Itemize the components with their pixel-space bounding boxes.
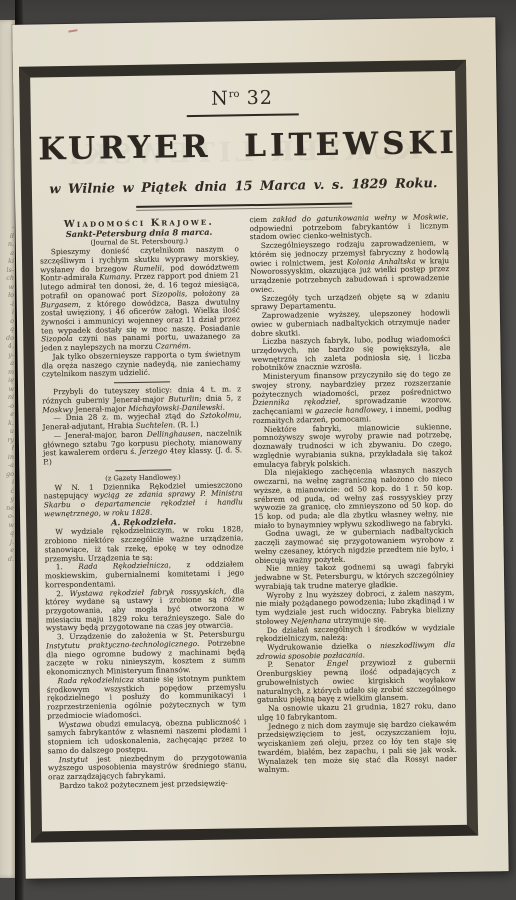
paragraph: Spieszymy donieść czytelnikom naszym o s… bbox=[40, 245, 241, 353]
paragraph: — Jenerał-major, baron Dellinghausen, na… bbox=[43, 429, 243, 467]
paragraph: Niektóre fabryki, mianowicie sukienne, p… bbox=[253, 423, 453, 470]
edge-text-fragment: ki bbox=[0, 257, 14, 266]
edge-text-fragment: ch bbox=[0, 274, 14, 283]
paragraph: Godna uwagi, że w guberniach nadbaltycki… bbox=[254, 527, 454, 565]
edge-text-fragment: o- bbox=[0, 512, 14, 521]
article-columns: Wiadomości Krajowe.Sankt-Petersburg dnia… bbox=[39, 213, 457, 791]
paragraph: Rada rękodzielnicza stanie się istotnym … bbox=[47, 674, 247, 721]
masthead-dateline: w Wilnie w Piątek dnia 15 Marca v. s. 18… bbox=[39, 176, 448, 197]
edge-text-fragment: n. bbox=[0, 240, 14, 249]
edge-text-fragment: y- bbox=[0, 351, 14, 360]
edge-text-fragment: o bbox=[0, 317, 14, 326]
issue-superscript: ro bbox=[229, 89, 240, 100]
paragraph: Bardzo takoż pożytecznem jest przedsięwz… bbox=[48, 779, 247, 791]
page-border-frame: Nro 32 KURYER LITEWSKI w Wilnie w Piątek… bbox=[19, 60, 478, 843]
paragraph: Wystawa obudzi emulacyą, obezna publiczn… bbox=[47, 718, 247, 756]
edge-text-fragment: w bbox=[0, 385, 14, 394]
edge-text-fragment: in bbox=[0, 453, 14, 462]
edge-text-fragment: ry bbox=[0, 436, 14, 445]
edge-text-fragment: k. bbox=[0, 419, 14, 428]
paragraph: 3. Urządzenie do założenia w St. Petersb… bbox=[46, 630, 246, 677]
section-divider-rule bbox=[113, 382, 169, 384]
edge-text-fragment: do bbox=[0, 334, 14, 343]
issue-prefix: N bbox=[211, 87, 229, 109]
edge-text-fragment: w bbox=[0, 283, 14, 292]
paragraph: W N. 1 Dziennika Rękodzieł umieszczono n… bbox=[44, 481, 244, 519]
edge-text-fragment: d. bbox=[0, 555, 14, 564]
edge-text-fragment: e bbox=[0, 546, 14, 555]
edge-text-fragment: ię bbox=[0, 376, 14, 385]
edge-text-fragment: 4. bbox=[0, 342, 14, 351]
issue-rule bbox=[186, 113, 298, 117]
paragraph: Jak tylko obszernieysze rapporta o tym ś… bbox=[41, 350, 240, 379]
edge-text-fragment: ls- bbox=[0, 266, 14, 275]
paragraph: Dla niejakiego zachęcenia własnych naszy… bbox=[253, 466, 453, 530]
edge-text-fragment: e bbox=[0, 410, 14, 419]
edge-text-fragment: go bbox=[0, 470, 14, 479]
section-divider-rule bbox=[115, 469, 171, 471]
issue-value: 32 bbox=[246, 87, 273, 109]
edge-text-fragment: ł bbox=[0, 444, 14, 453]
edge-text-fragment: ą bbox=[0, 325, 14, 334]
left-column: Wiadomości Krajowe.Sankt-Petersburg dnia… bbox=[39, 216, 247, 790]
paragraph: Wyroby z lnu wyższey dobroci, z żalem na… bbox=[255, 589, 455, 627]
issue-number: Nro 32 bbox=[37, 84, 446, 112]
edge-text-fragment: a bbox=[0, 249, 14, 258]
edge-text-fragment: ił bbox=[0, 232, 14, 241]
edge-text-fragment: i bbox=[0, 308, 14, 317]
edge-text-fragment: u bbox=[0, 427, 14, 436]
paragraph: Ministeryum finansow przyczyniło się do … bbox=[252, 370, 452, 426]
edge-text-fragment: j. bbox=[0, 538, 14, 547]
facing-page-fragments: -iłn.akils-chwło-iioądo4.y-amięwni-oek.u… bbox=[0, 223, 14, 563]
edge-text-fragment: - bbox=[0, 223, 14, 232]
edge-text-fragment: ć bbox=[0, 487, 14, 496]
edge-text-fragment: ne bbox=[0, 504, 14, 513]
edge-text-fragment: w bbox=[0, 521, 14, 530]
edge-text-fragment: -a bbox=[0, 461, 14, 470]
edge-text-fragment: a bbox=[0, 359, 14, 368]
header-rule bbox=[136, 203, 352, 211]
edge-text-fragment: m bbox=[0, 368, 14, 377]
newspaper-page: KURYER LITEWSKI Nro 32 KURYER LITEWSKI w… bbox=[12, 17, 508, 878]
paragraph: Liczba naszych fabryk, lubo, podług wiad… bbox=[251, 335, 451, 373]
paragraph: 2. Wystawa rękodzieł fabryk rossyyskich,… bbox=[45, 587, 245, 634]
edge-text-fragment: ni bbox=[0, 393, 14, 402]
paragraph: P. Senator Engel przywiozł z gubernii Or… bbox=[256, 658, 456, 705]
scanned-newspaper-view: { "colors":{"background":"#4e4c4a","pape… bbox=[0, 0, 516, 900]
paragraph: Jednego z nich dom zaymuje się bardzo ci… bbox=[257, 720, 457, 776]
edge-text-fragment: i bbox=[0, 478, 14, 487]
paragraph: W wydziale rękodzielniczym, w roku 1828,… bbox=[44, 526, 244, 564]
paragraph: Szczególnieyszego rodzaju zaprowadzeniem… bbox=[250, 239, 450, 295]
edge-text-fragment: y bbox=[0, 495, 14, 504]
edge-text-fragment: -i bbox=[0, 300, 14, 309]
page-content: Nro 32 KURYER LITEWSKI w Wilnie w Piątek… bbox=[30, 71, 467, 832]
edge-text-fragment: ą bbox=[0, 529, 14, 538]
right-column: ciem zakład do gatunkowania wełny w Mosk… bbox=[249, 213, 457, 787]
edge-text-fragment: -o bbox=[0, 402, 14, 411]
red-pencil-mark bbox=[68, 29, 77, 32]
edge-text-fragment: ło bbox=[0, 291, 14, 300]
masthead-title: KURYER LITEWSKI bbox=[38, 125, 448, 167]
